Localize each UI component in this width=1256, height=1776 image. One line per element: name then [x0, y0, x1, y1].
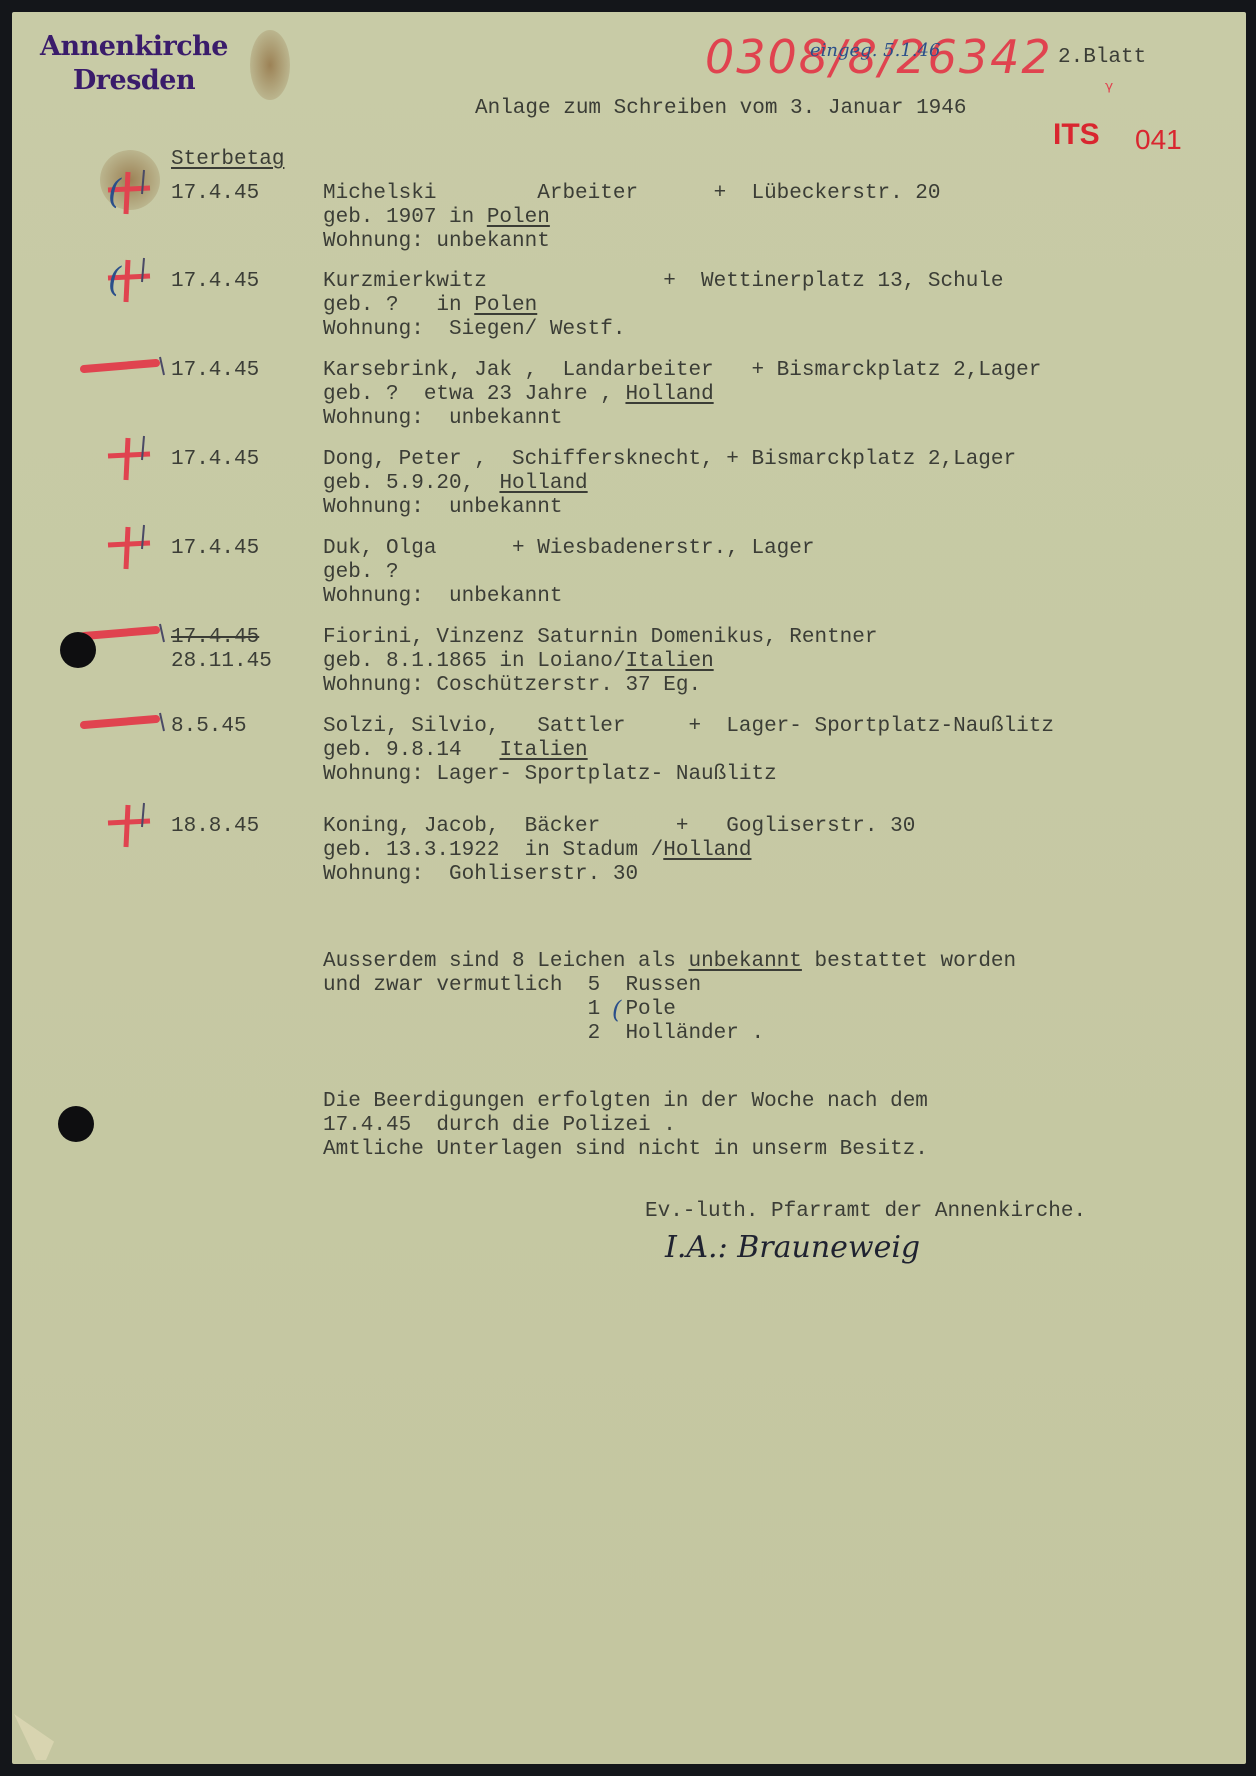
entry-birth-line: geb. 1907 in Polen: [323, 206, 550, 230]
entry-date: 18.8.45: [171, 815, 259, 839]
entry-date: 17.4.45: [171, 182, 259, 206]
entry-name-line: Karsebrink, Jak , Landarbeiter + Bismarc…: [323, 359, 1041, 383]
entry-residence-line: Wohnung: unbekannt: [323, 230, 550, 254]
entry-date: 17.4.45: [171, 448, 259, 472]
summary-line-1: Ausserdem sind 8 Leichen als unbekannt b…: [323, 950, 1016, 974]
its-stamp-number: 041: [1135, 124, 1182, 156]
entry-residence-line: Wohnung: Lager- Sportplatz- Naußlitz: [323, 763, 777, 787]
its-stamp-label: ITS: [1053, 118, 1100, 152]
entry-name-line: Solzi, Silvio, Sattler + Lager- Sportpla…: [323, 715, 1054, 739]
blue-bracket-mark: (: [108, 172, 121, 212]
entry-name-line: Kurzmierkwitz + Wettinerplatz 13, Schule: [323, 270, 1004, 294]
entry-date: 8.5.45: [171, 715, 247, 739]
entry-name-line: Dong, Peter , Schiffersknecht, + Bismarc…: [323, 448, 1016, 472]
entry-date: 17.4.45: [171, 359, 259, 383]
note-line-3: Amtliche Unterlagen sind nicht in unserm…: [323, 1138, 928, 1162]
summary-line-3: 1 Pole: [323, 998, 676, 1022]
entry-residence-line: Wohnung: Gohliserstr. 30: [323, 863, 638, 887]
entry-name-line: Fiorini, Vinzenz Saturnin Domenikus, Ren…: [323, 626, 878, 650]
note-line-2: 17.4.45 durch die Polizei .: [323, 1114, 676, 1138]
entry-birth-line: geb. ? etwa 23 Jahre , Holland: [323, 383, 714, 407]
entry-name-line: Duk, Olga + Wiesbadenerstr., Lager: [323, 537, 814, 561]
entry-residence-line: Wohnung: Coschützerstr. 37 Eg.: [323, 674, 701, 698]
sheet-label: 2.Blatt: [1058, 46, 1146, 70]
punch-hole: [60, 632, 96, 668]
summary-line-4: 2 Holländer .: [323, 1022, 764, 1046]
entry-birth-line: geb. 13.3.1922 in Stadum /Holland: [323, 839, 751, 863]
entry-name-line: Koning, Jacob, Bäcker + Gogliserstr. 30: [323, 815, 915, 839]
red-cross-icon: [100, 801, 160, 851]
entry-date: 17.4.45: [171, 537, 259, 561]
closing-office: Ev.-luth. Pfarramt der Annenkirche.: [645, 1200, 1086, 1224]
entry-date-corrected: 28.11.45: [171, 650, 272, 674]
entry-date: 17.4.45: [171, 270, 259, 294]
church-stamp: Annenkirche Dresden: [40, 30, 228, 98]
entry-residence-line: Wohnung: unbekannt: [323, 496, 562, 520]
summary-line-2: und zwar vermutlich 5 Russen: [323, 974, 701, 998]
entry-birth-line: geb. 5.9.20, Holland: [323, 472, 588, 496]
entry-birth-line: geb. 9.8.14 Italien: [323, 739, 588, 763]
entry-residence-line: Wohnung: Siegen/ Westf.: [323, 318, 625, 342]
red-cross-icon: [100, 434, 160, 484]
signature: I.A.: Brauneweig: [665, 1230, 920, 1265]
entry-name-line: Michelski Arbeiter + Lübeckerstr. 20: [323, 182, 941, 206]
stamp-line-2: Dresden: [40, 64, 228, 98]
column-header: Sterbetag: [171, 148, 284, 172]
note-line-1: Die Beerdigungen erfolgten in der Woche …: [323, 1090, 928, 1114]
red-dash-icon: [80, 711, 170, 737]
red-cross-icon: [100, 523, 160, 573]
handwritten-received-date: eingeg. 5.1.46: [810, 40, 940, 61]
red-check-mark: ᵞ: [1105, 78, 1113, 103]
entry-residence-line: Wohnung: unbekannt: [323, 585, 562, 609]
burn-stain: [250, 30, 290, 100]
blue-bracket-mark: (: [108, 260, 121, 300]
stamp-line-1: Annenkirche: [40, 30, 228, 64]
punch-hole: [58, 1106, 94, 1142]
entry-date: 17.4.45: [171, 626, 259, 650]
entry-birth-line: geb. ? in Polen: [323, 294, 537, 318]
blue-bracket-mark: (: [612, 996, 621, 1024]
red-dash-icon: [80, 355, 170, 381]
entry-residence-line: Wohnung: unbekannt: [323, 407, 562, 431]
entry-birth-line: geb. ?: [323, 561, 399, 585]
document-subtitle: Anlage zum Schreiben vom 3. Januar 1946: [475, 97, 966, 121]
entry-birth-line: geb. 8.1.1865 in Loiano/Italien: [323, 650, 714, 674]
